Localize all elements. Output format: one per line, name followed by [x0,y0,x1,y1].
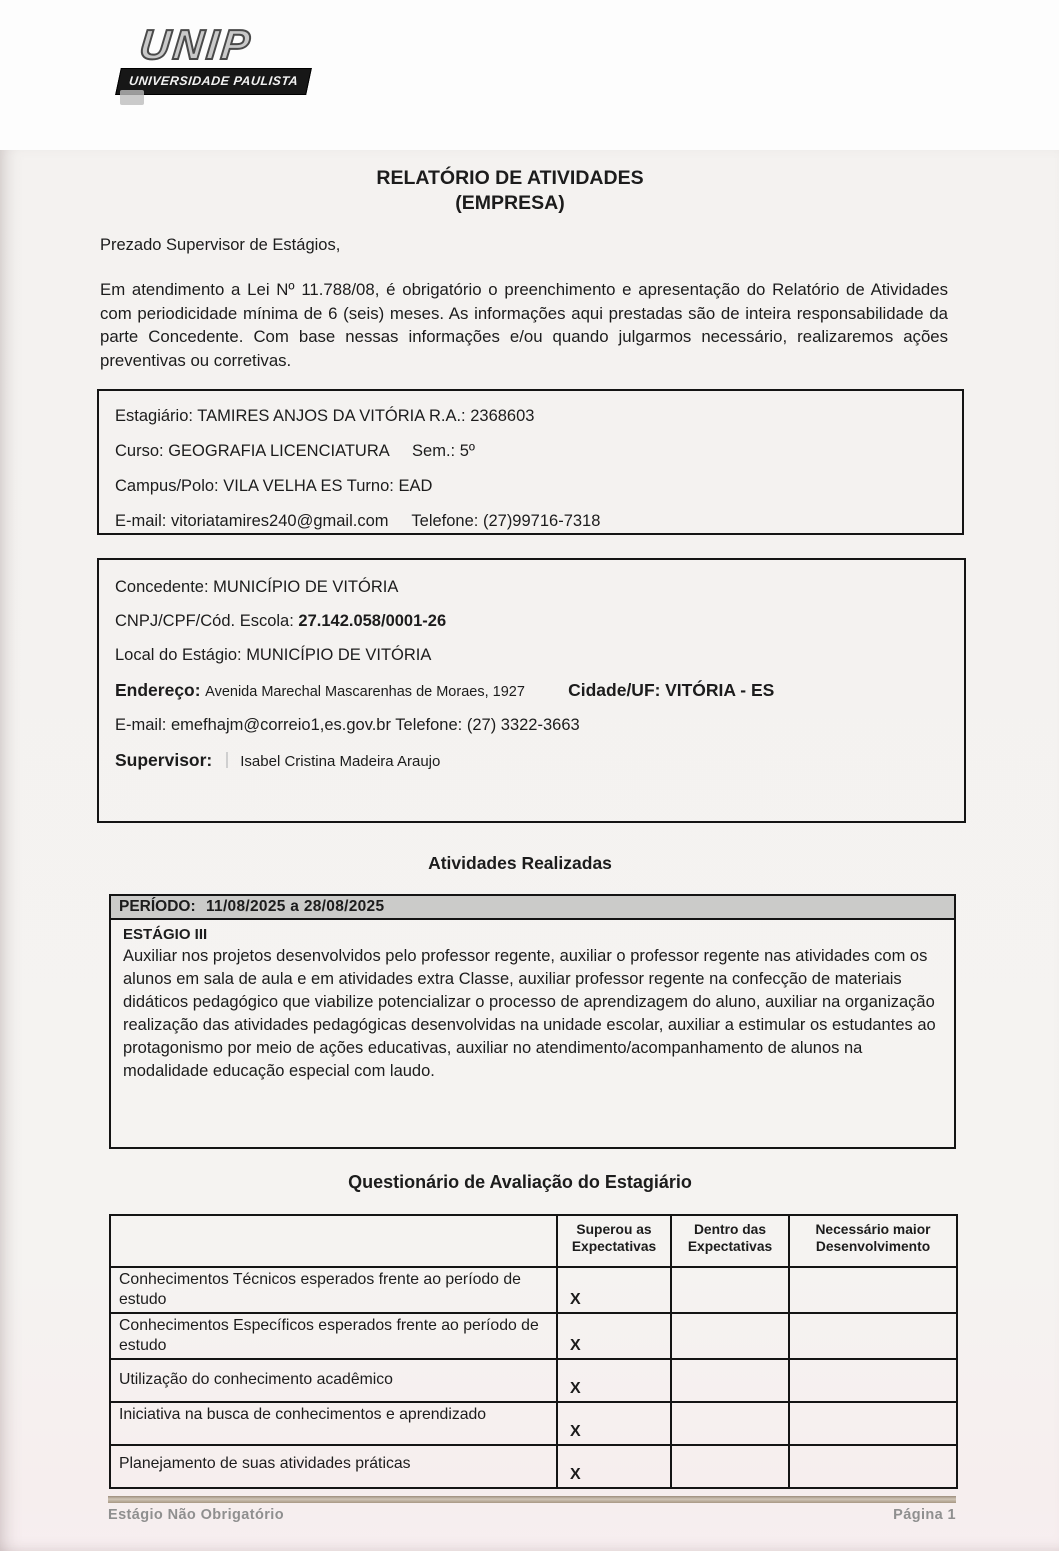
mark-cell: X [557,1313,671,1359]
student-email-label: E-mail: [115,512,166,530]
activities-heading: Atividades Realizadas [0,853,1040,874]
local-line: Local do Estágio: MUNICÍPIO DE VITÓRIA [115,646,950,665]
grantor-telefone-value: (27) 3322-3663 [467,716,580,734]
criteria-header-empty [110,1215,557,1267]
table-row: Iniciativa na busca de conhecimentos e a… [110,1402,957,1445]
col-header-necessario: Necessário maior Desenvolvimento [789,1215,957,1267]
period-header-bar: PERÍODO: 11/08/2025 a 28/08/2025 [109,894,956,920]
mark-cell [671,1359,789,1402]
document-title-line2: (EMPRESA) [0,191,1020,216]
campus-value: VILA VELHA ES [223,477,342,495]
turno-label: Turno: [347,477,394,495]
period-value: 11/08/2025 a 28/08/2025 [206,898,384,915]
table-row: Conhecimentos Técnicos esperados frente … [110,1267,957,1313]
mark-cell [671,1402,789,1445]
student-email-value: vitoriatamires240@gmail.com [171,512,389,530]
col-header-superou: Superou as Expectativas [557,1215,671,1267]
grantor-email-label: E-mail: [115,716,166,734]
criterion-text: Conhecimentos Técnicos esperados frente … [110,1267,557,1313]
estagiario-value: TAMIRES ANJOS DA VITÓRIA [197,407,424,425]
criterion-text: Conhecimentos Específicos esperados fren… [110,1313,557,1359]
student-email-line: E-mail: vitoriatamires240@gmail.com Tele… [115,512,948,531]
document-title: RELATÓRIO DE ATIVIDADES (EMPRESA) [0,166,1020,216]
field-divider [226,752,228,768]
mark-cell [671,1445,789,1488]
mark-cell [789,1359,957,1402]
student-telefone-value: (27)99716-7318 [483,512,600,530]
evaluation-table: Superou as Expectativas Dentro das Expec… [109,1214,958,1489]
endereco-line: Endereço: Avenida Marechal Mascarenhas d… [115,680,950,701]
scan-artifact-chip [120,90,144,105]
activities-description: Auxiliar nos projetos desenvolvidos pelo… [123,945,942,1083]
questionnaire-heading: Questionário de Avaliação do Estagiário [0,1172,1040,1193]
criterion-text: Planejamento de suas atividades práticas [110,1445,557,1488]
turno-value: EAD [398,477,432,495]
local-label: Local do Estágio: [115,646,242,664]
concedente-line: Concedente: MUNICÍPIO DE VITÓRIA [115,578,950,597]
cnpj-line: CNPJ/CPF/Cód. Escola: 27.142.058/0001-26 [115,612,950,631]
criterion-text: Iniciativa na busca de conhecimentos e a… [110,1402,557,1445]
endereco-label: Endereço: [115,680,201,700]
mark-cell [789,1267,957,1313]
endereco-value: Avenida Marechal Mascarenhas de Moraes, … [205,684,525,700]
concedente-value: MUNICÍPIO DE VITÓRIA [213,578,398,596]
ra-label: R.A.: [429,407,466,425]
cidade-label: Cidade/UF: [568,680,660,700]
unip-logo-banner: UNIVERSIDADE PAULISTA [115,68,312,95]
footer-page-number: Página 1 [893,1507,956,1523]
supervisor-value: Isabel Cristina Madeira Araujo [240,753,440,770]
sem-value: 5º [460,442,475,460]
cnpj-value: 27.142.058/0001-26 [298,612,446,630]
footer-divider-bar [108,1496,956,1503]
mark-cell [789,1313,957,1359]
scanned-report-page: { "colors":{ "period_bar":"#cbcbc9", "fo… [0,0,1059,1551]
ra-value: 2368603 [470,407,534,425]
intro-paragraph: Em atendimento a Lei Nº 11.788/08, é obr… [100,278,948,372]
table-row: Utilização do conhecimento acadêmico X [110,1359,957,1402]
student-info-box: Estagiário: TAMIRES ANJOS DA VITÓRIA R.A… [97,389,964,535]
footer-left-label: Estágio Não Obrigatório [108,1507,284,1523]
cidade-value: VITÓRIA - ES [665,680,774,700]
mark-cell: X [557,1402,671,1445]
stage-title: ESTÁGIO III [123,926,942,943]
campus-label: Campus/Polo: [115,477,219,495]
student-telefone-label: Telefone: [411,512,478,530]
curso-value: GEOGRAFIA LICENCIATURA [168,442,389,460]
mark-cell: X [557,1359,671,1402]
grantor-email-value: emefhajm@correio1,es.gov.br [171,716,391,734]
mark-cell [789,1445,957,1488]
supervisor-label: Supervisor: [115,750,212,770]
document-title-line1: RELATÓRIO DE ATIVIDADES [0,166,1020,191]
campus-line: Campus/Polo: VILA VELHA ES Turno: EAD [115,477,948,496]
cnpj-label: CNPJ/CPF/Cód. Escola: [115,612,294,630]
grantor-telefone-label: Telefone: [395,716,462,734]
supervisor-line: Supervisor:Isabel Cristina Madeira Arauj… [115,750,950,771]
criterion-text: Utilização do conhecimento acadêmico [110,1359,557,1402]
table-row: Conhecimentos Específicos esperados fren… [110,1313,957,1359]
student-name-line: Estagiário: TAMIRES ANJOS DA VITÓRIA R.A… [115,407,948,426]
table-header-row: Superou as Expectativas Dentro das Expec… [110,1215,957,1267]
concedente-label: Concedente: [115,578,209,596]
sem-label: Sem.: [412,442,455,460]
mark-cell [789,1402,957,1445]
curso-label: Curso: [115,442,164,460]
mark-cell [671,1313,789,1359]
grantor-email-line: E-mail: emefhajm@correio1,es.gov.br Tele… [115,716,950,735]
unip-logo: UNIP UNIVERSIDADE PAULISTA [118,24,338,114]
mark-cell: X [557,1445,671,1488]
period-label: PERÍODO: [119,898,196,915]
estagiario-label: Estagiário: [115,407,193,425]
grantor-info-box: Concedente: MUNICÍPIO DE VITÓRIA CNPJ/CP… [97,558,966,823]
col-header-dentro: Dentro das Expectativas [671,1215,789,1267]
course-line: Curso: GEOGRAFIA LICENCIATURA Sem.: 5º [115,442,948,461]
local-value: MUNICÍPIO DE VITÓRIA [246,646,431,664]
unip-logo-subtitle: UNIVERSIDADE PAULISTA [128,74,299,88]
page-footer: Estágio Não Obrigatório Página 1 [108,1507,956,1523]
mark-cell [671,1267,789,1313]
activities-description-box: ESTÁGIO III Auxiliar nos projetos desenv… [109,920,956,1149]
unip-logo-wordmark: UNIP [138,24,255,66]
mark-cell: X [557,1267,671,1313]
table-row: Planejamento de suas atividades práticas… [110,1445,957,1488]
greeting-line: Prezado Supervisor de Estágios, [100,236,340,255]
